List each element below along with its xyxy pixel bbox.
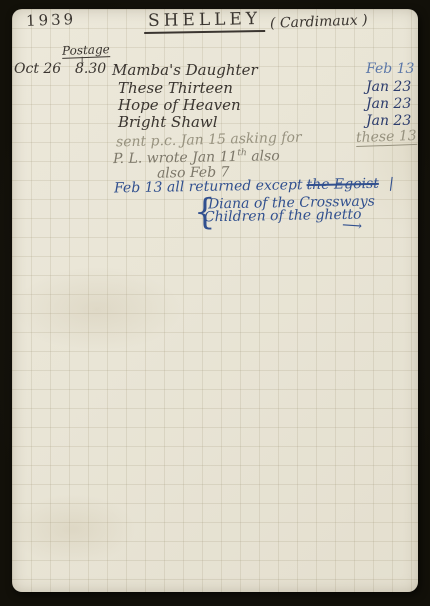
return-date: Feb 13	[366, 61, 414, 77]
member-name: SHELLEY	[144, 9, 265, 34]
year-label: 1939	[26, 10, 77, 30]
index-card: 1939 SHELLEY ( Cardimaux ) Postage ↓ Oct…	[12, 9, 418, 592]
arrow-mark: ⟶	[341, 217, 362, 234]
entry-date-out: Oct 26	[14, 61, 61, 77]
book-title: These Thirteen	[118, 79, 233, 97]
struck-out-text: the Egoist	[306, 176, 379, 193]
return-date: Jan 23	[366, 79, 411, 95]
pencil-note-these-13: these 13	[356, 128, 417, 147]
ink-note-children-ghetto: Children of the ghetto	[204, 207, 362, 226]
book-title: Mamba's Daughter	[112, 61, 258, 79]
entry-time: 8.30	[75, 61, 106, 77]
note-text: also	[247, 148, 280, 165]
member-annotation: ( Cardimaux )	[270, 12, 368, 31]
return-date: Jan 23	[366, 113, 411, 129]
note-superscript: th	[237, 148, 247, 158]
book-title: Hope of Heaven	[118, 96, 241, 114]
tally-mark: |	[388, 175, 395, 191]
return-date: Jan 23	[366, 96, 411, 112]
book-title: Bright Shawl	[118, 113, 218, 131]
